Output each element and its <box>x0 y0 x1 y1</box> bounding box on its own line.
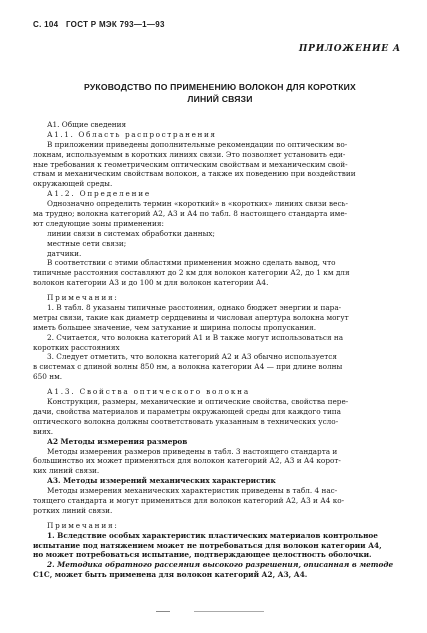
paragraph-line: ких линий связи. <box>33 466 400 476</box>
paragraph-line: ные требования к геометрическим оптическ… <box>33 160 400 170</box>
notes-heading: Примечания: <box>33 293 400 303</box>
section-heading-a2: А2 Методы измерения размеров <box>33 437 400 447</box>
paragraph-line: волокон категории А3 и до 100 м для воло… <box>33 278 400 288</box>
paragraph-line: Однозначно определить термин «короткий» … <box>33 199 400 209</box>
paragraph-line: виях. <box>33 427 400 437</box>
list-item: датчики. <box>33 249 400 259</box>
paragraph-line: Методы измерения механических характерис… <box>33 486 400 496</box>
paragraph-line: дачи, свойства материалов и параметры ок… <box>33 407 400 417</box>
title-line-1: РУКОВОДСТВО ПО ПРИМЕНЕНИЮ ВОЛОКОН ДЛЯ КО… <box>40 81 400 93</box>
paragraph-line: типичные расстояния составляют до 2 км д… <box>33 268 400 278</box>
document-title: РУКОВОДСТВО ПО ПРИМЕНЕНИЮ ВОЛОКОН ДЛЯ КО… <box>40 81 400 105</box>
paragraph-line: оптического волокна должны соответствова… <box>33 417 400 427</box>
note-line: в системах с длиной волны 850 нм, а воло… <box>33 362 400 372</box>
title-line-2: ЛИНИЙ СВЯЗИ <box>40 93 400 105</box>
paragraph-line: локнам, используемым в коротких линиях с… <box>33 150 400 160</box>
running-header: С. 104 ГОСТ Р МЭК 793—1—93 <box>33 20 165 29</box>
note-line: 1. Вследствие особых характеристик пласт… <box>33 531 400 541</box>
notes-heading: Примечания: <box>33 521 400 531</box>
paragraph-line: Методы измерения размеров приведены в та… <box>33 447 400 457</box>
note-line: испытание под натяжением может не потреб… <box>33 541 400 551</box>
paragraph-line: ротких линий связи. <box>33 506 400 516</box>
appendix-label: ПРИЛОЖЕНИЕ А <box>299 44 401 54</box>
note-line: 1. В табл. 8 указаны типичные расстояния… <box>33 303 400 313</box>
paragraph-line: ма трудно; волокна категорий А2, А3 и А4… <box>33 209 400 219</box>
section-heading-a1-1: А1.1. Область распространения <box>33 130 400 140</box>
note-line: С1С, может быть применена для волокон ка… <box>33 570 400 580</box>
document-body: А1. Общие сведения А1.1. Область распрос… <box>33 120 400 580</box>
note-line: но может потребоваться испытание, подтве… <box>33 550 400 560</box>
page-number: С. 104 <box>33 20 58 29</box>
section-heading-a1-2: А1.2. Определение <box>33 189 400 199</box>
note-line: 2. Методика обратного рассеяния высокого… <box>33 560 400 570</box>
note-line: коротких расстояниях <box>33 343 400 353</box>
note-line: 3. Следует отметить, что волокна категор… <box>33 352 400 362</box>
standard-code: ГОСТ Р МЭК 793—1—93 <box>66 20 165 29</box>
paragraph-line: В приложении приведены дополнительные ре… <box>33 140 400 150</box>
paragraph-line: ют следующие зоны применения: <box>33 219 400 229</box>
section-heading-a3: А3. Методы измерений механических характ… <box>33 476 400 486</box>
note-line: метры связи, такие как диаметр сердцевин… <box>33 313 400 323</box>
scan-artifact-line <box>156 611 170 612</box>
section-heading-a1: А1. Общие сведения <box>33 120 400 130</box>
list-item: линии связи в системах обработки данных; <box>33 229 400 239</box>
paragraph-line: ствам и механическим свойствам волокон, … <box>33 169 400 179</box>
paragraph-line: большинство их может применяться для вол… <box>33 456 400 466</box>
paragraph-line: В соответствии с этими областями примене… <box>33 258 400 268</box>
paragraph-line: окружающей среды. <box>33 179 400 189</box>
note-line: 650 нм. <box>33 372 400 382</box>
paragraph-line: тоящего стандарта и могут применяться дл… <box>33 496 400 506</box>
section-heading-a1-3: А1.3. Свойства оптического волокна <box>33 387 400 397</box>
document-page: С. 104 ГОСТ Р МЭК 793—1—93 ПРИЛОЖЕНИЕ А … <box>0 0 427 633</box>
list-item: местные сети связи; <box>33 239 400 249</box>
scan-artifact-line <box>194 611 264 612</box>
note-line: 2. Считается, что волокна категорий А1 и… <box>33 333 400 343</box>
paragraph-line: Конструкция, размеры, механические и опт… <box>33 397 400 407</box>
note-line: иметь большее значение, чем затухание и … <box>33 323 400 333</box>
